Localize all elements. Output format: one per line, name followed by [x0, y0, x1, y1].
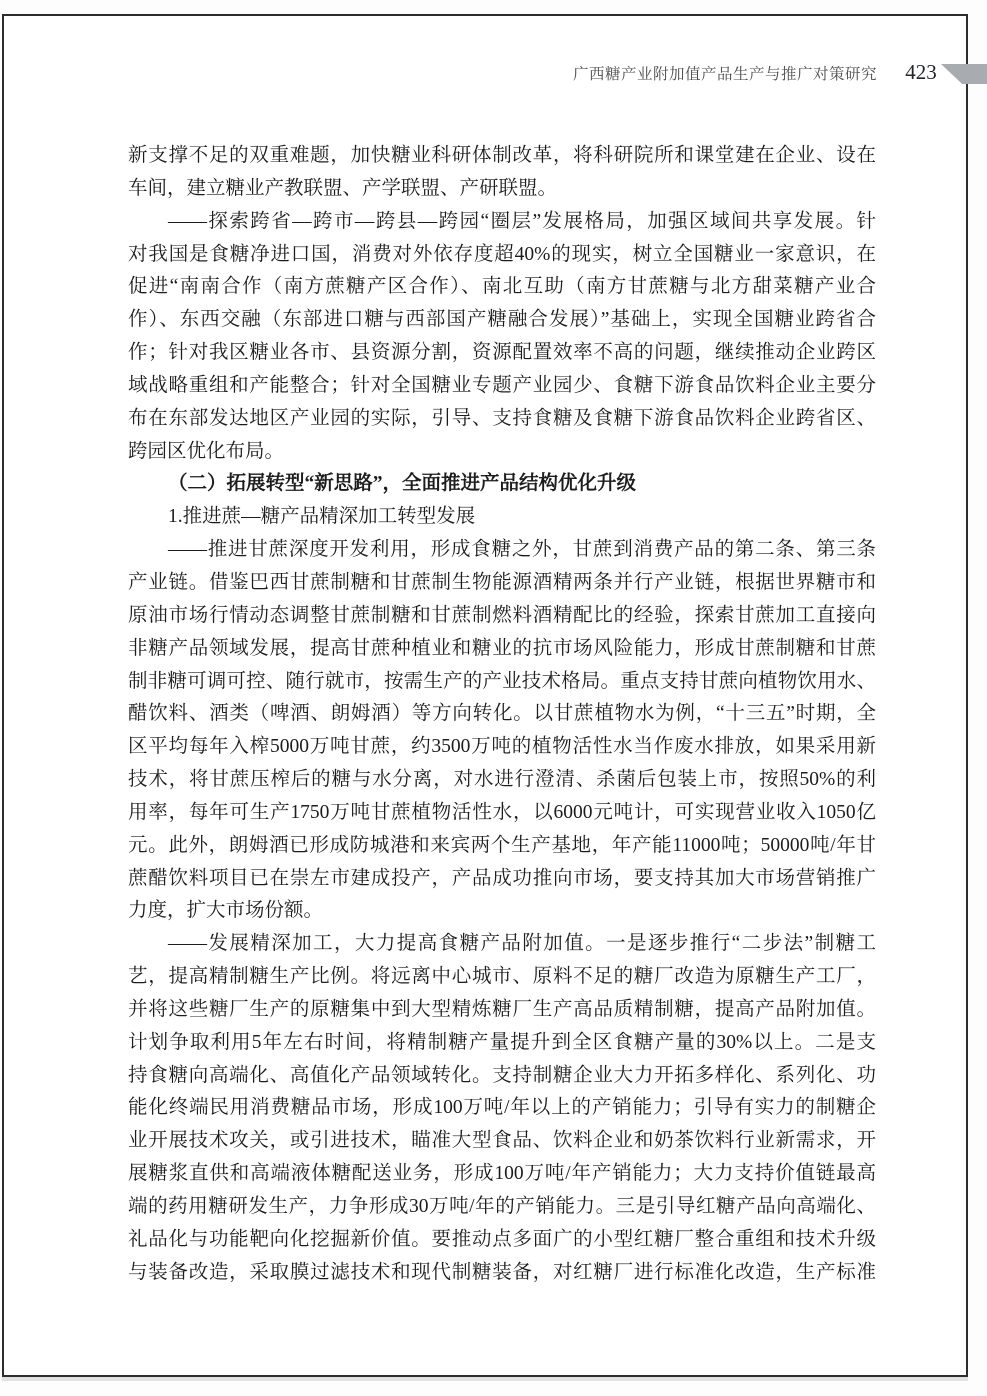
body-text-line: 用率，每年可生产1750万吨甘蔗植物活性水，以6000元吨计，可实现营业收入10… [128, 797, 876, 830]
body-text-line: 技术，将甘蔗压榨后的糖与水分离，对水进行澄清、杀菌后包装上市，按照50%的利 [128, 764, 876, 797]
body-text-line: 作；针对我区糖业各市、县资源分割，资源配置效率不高的问题，继续推动企业跨区 [128, 337, 876, 370]
section-heading-line: （二）拓展转型“新思路”，全面推进产品结构优化升级 [128, 468, 876, 501]
body-text-line: 计划争取利用5年左右时间，将精制糖产量提升到全区食糖产量的30%以上。二是支 [128, 1027, 876, 1060]
body-text-line: 制非糖可调可控、随行就市，按需生产的产业技术格局。重点支持甘蔗向植物饮用水、 [128, 666, 876, 699]
body-text-line: 能化终端民用消费糖品市场，形成100万吨/年以上的产销能力；引导有实力的制糖企 [128, 1092, 876, 1125]
page-number: 423 [903, 60, 939, 85]
body-text-line: 布在东部发达地区产业园的实际，引导、支持食糖及食糖下游食品饮料企业跨省区、 [128, 403, 876, 436]
body-text-line: 区平均每年入榨5000万吨甘蔗，约3500万吨的植物活性水当作废水排放，如果采用… [128, 731, 876, 764]
body-text-line: 艺，提高精制糖生产比例。将远离中心城市、原料不足的糖厂改造为原糖生产工厂， [128, 961, 876, 994]
body-text-line: 与装备改造，采取膜过滤技术和现代制糖装备，对红糖厂进行标准化改造，生产标准 [128, 1257, 876, 1290]
body-text-line: 蔗醋饮料项目已在崇左市建成投产，产品成功推向市场，要支持其加大市场营销推广 [128, 863, 876, 896]
body-text-line: 促进“南南合作（南方蔗糖产区合作）、南北互助（南方甘蔗糖与北方甜菜糖产业合 [128, 271, 876, 304]
body-text-line: 业开展技术攻关，或引进技术，瞄准大型食品、饮料企业和奶茶饮料行业新需求，开 [128, 1125, 876, 1158]
body-text-line: 端的药用糖研发生产，力争形成30万吨/年的产销能力。三是引导红糖产品向高端化、 [128, 1191, 876, 1224]
body-text-line: 1.推进蔗—糖产品精深加工转型发展 [128, 501, 876, 534]
body-text-line: 域战略重组和产能整合；针对全国糖业专题产业园少、食糖下游食品饮料企业主要分 [128, 370, 876, 403]
body-text-line: 新支撑不足的双重难题，加快糖业科研体制改革，将科研院所和课堂建在企业、设在 [128, 140, 876, 173]
body-text-line: 车间，建立糖业产教联盟、产学联盟、产研联盟。 [128, 173, 876, 206]
body-text-line: 产业链。借鉴巴西甘蔗制糖和甘蔗制生物能源酒精两条并行产业链，根据世界糖市和 [128, 567, 876, 600]
body-text-line: ——发展精深加工，大力提高食糖产品附加值。一是逐步推行“二步法”制糖工 [128, 928, 876, 961]
body-text-line: 原油市场行情动态调整甘蔗制糖和甘蔗制燃料酒精配比的经验，探索甘蔗加工直接向 [128, 600, 876, 633]
body-text-line: 跨园区优化布局。 [128, 436, 876, 469]
body-text-line: 展糖浆直供和高端液体糖配送业务，形成100万吨/年产销能力；大力支持价值链最高 [128, 1158, 876, 1191]
body-text-line: 作）、东西交融（东部进口糖与西部国产糖融合发展）”基础上，实现全国糖业跨省合 [128, 304, 876, 337]
body-text-line: 对我国是食糖净进口国，消费对外依存度超40%的现实，树立全国糖业一家意识，在 [128, 239, 876, 272]
scanned-book-page: { "header": { "running_title": "广西糖产业附加值… [0, 0, 987, 1396]
running-title: 广西糖产业附加值产品生产与推广对策研究 [573, 62, 877, 84]
body-text: 新支撑不足的双重难题，加快糖业科研体制改革，将科研院所和课堂建在企业、设在车间，… [128, 140, 876, 1290]
body-text-line: 持食糖向高端化、高值化产品领域转化。支持制糖企业大力开拓多样化、系列化、功 [128, 1060, 876, 1093]
body-text-line: ——探索跨省—跨市—跨县—跨园“圈层”发展格局，加强区域间共享发展。针 [128, 206, 876, 239]
body-text-line: 礼品化与功能靶向化挖掘新价值。要推动点多面广的小型红糖厂整合重组和技术升级 [128, 1224, 876, 1257]
body-text-line: 元。此外，朗姆酒已形成防城港和来宾两个生产基地，年产能11000吨；50000吨… [128, 830, 876, 863]
body-text-line: 力度，扩大市场份额。 [128, 895, 876, 928]
body-text-line: 醋饮料、酒类（啤酒、朗姆酒）等方向转化。以甘蔗植物水为例，“十三五”时期，全 [128, 698, 876, 731]
body-text-line: 并将这些糖厂生产的原糖集中到大型精炼糖厂生产高品质精制糖，提高产品附加值。 [128, 994, 876, 1027]
body-text-line: ——推进甘蔗深度开发利用，形成食糖之外，甘蔗到消费产品的第二条、第三条 [128, 534, 876, 567]
body-text-line: 非糖产品领域发展，提高甘蔗种植业和糖业的抗市场风险能力，形成甘蔗制糖和甘蔗 [128, 633, 876, 666]
